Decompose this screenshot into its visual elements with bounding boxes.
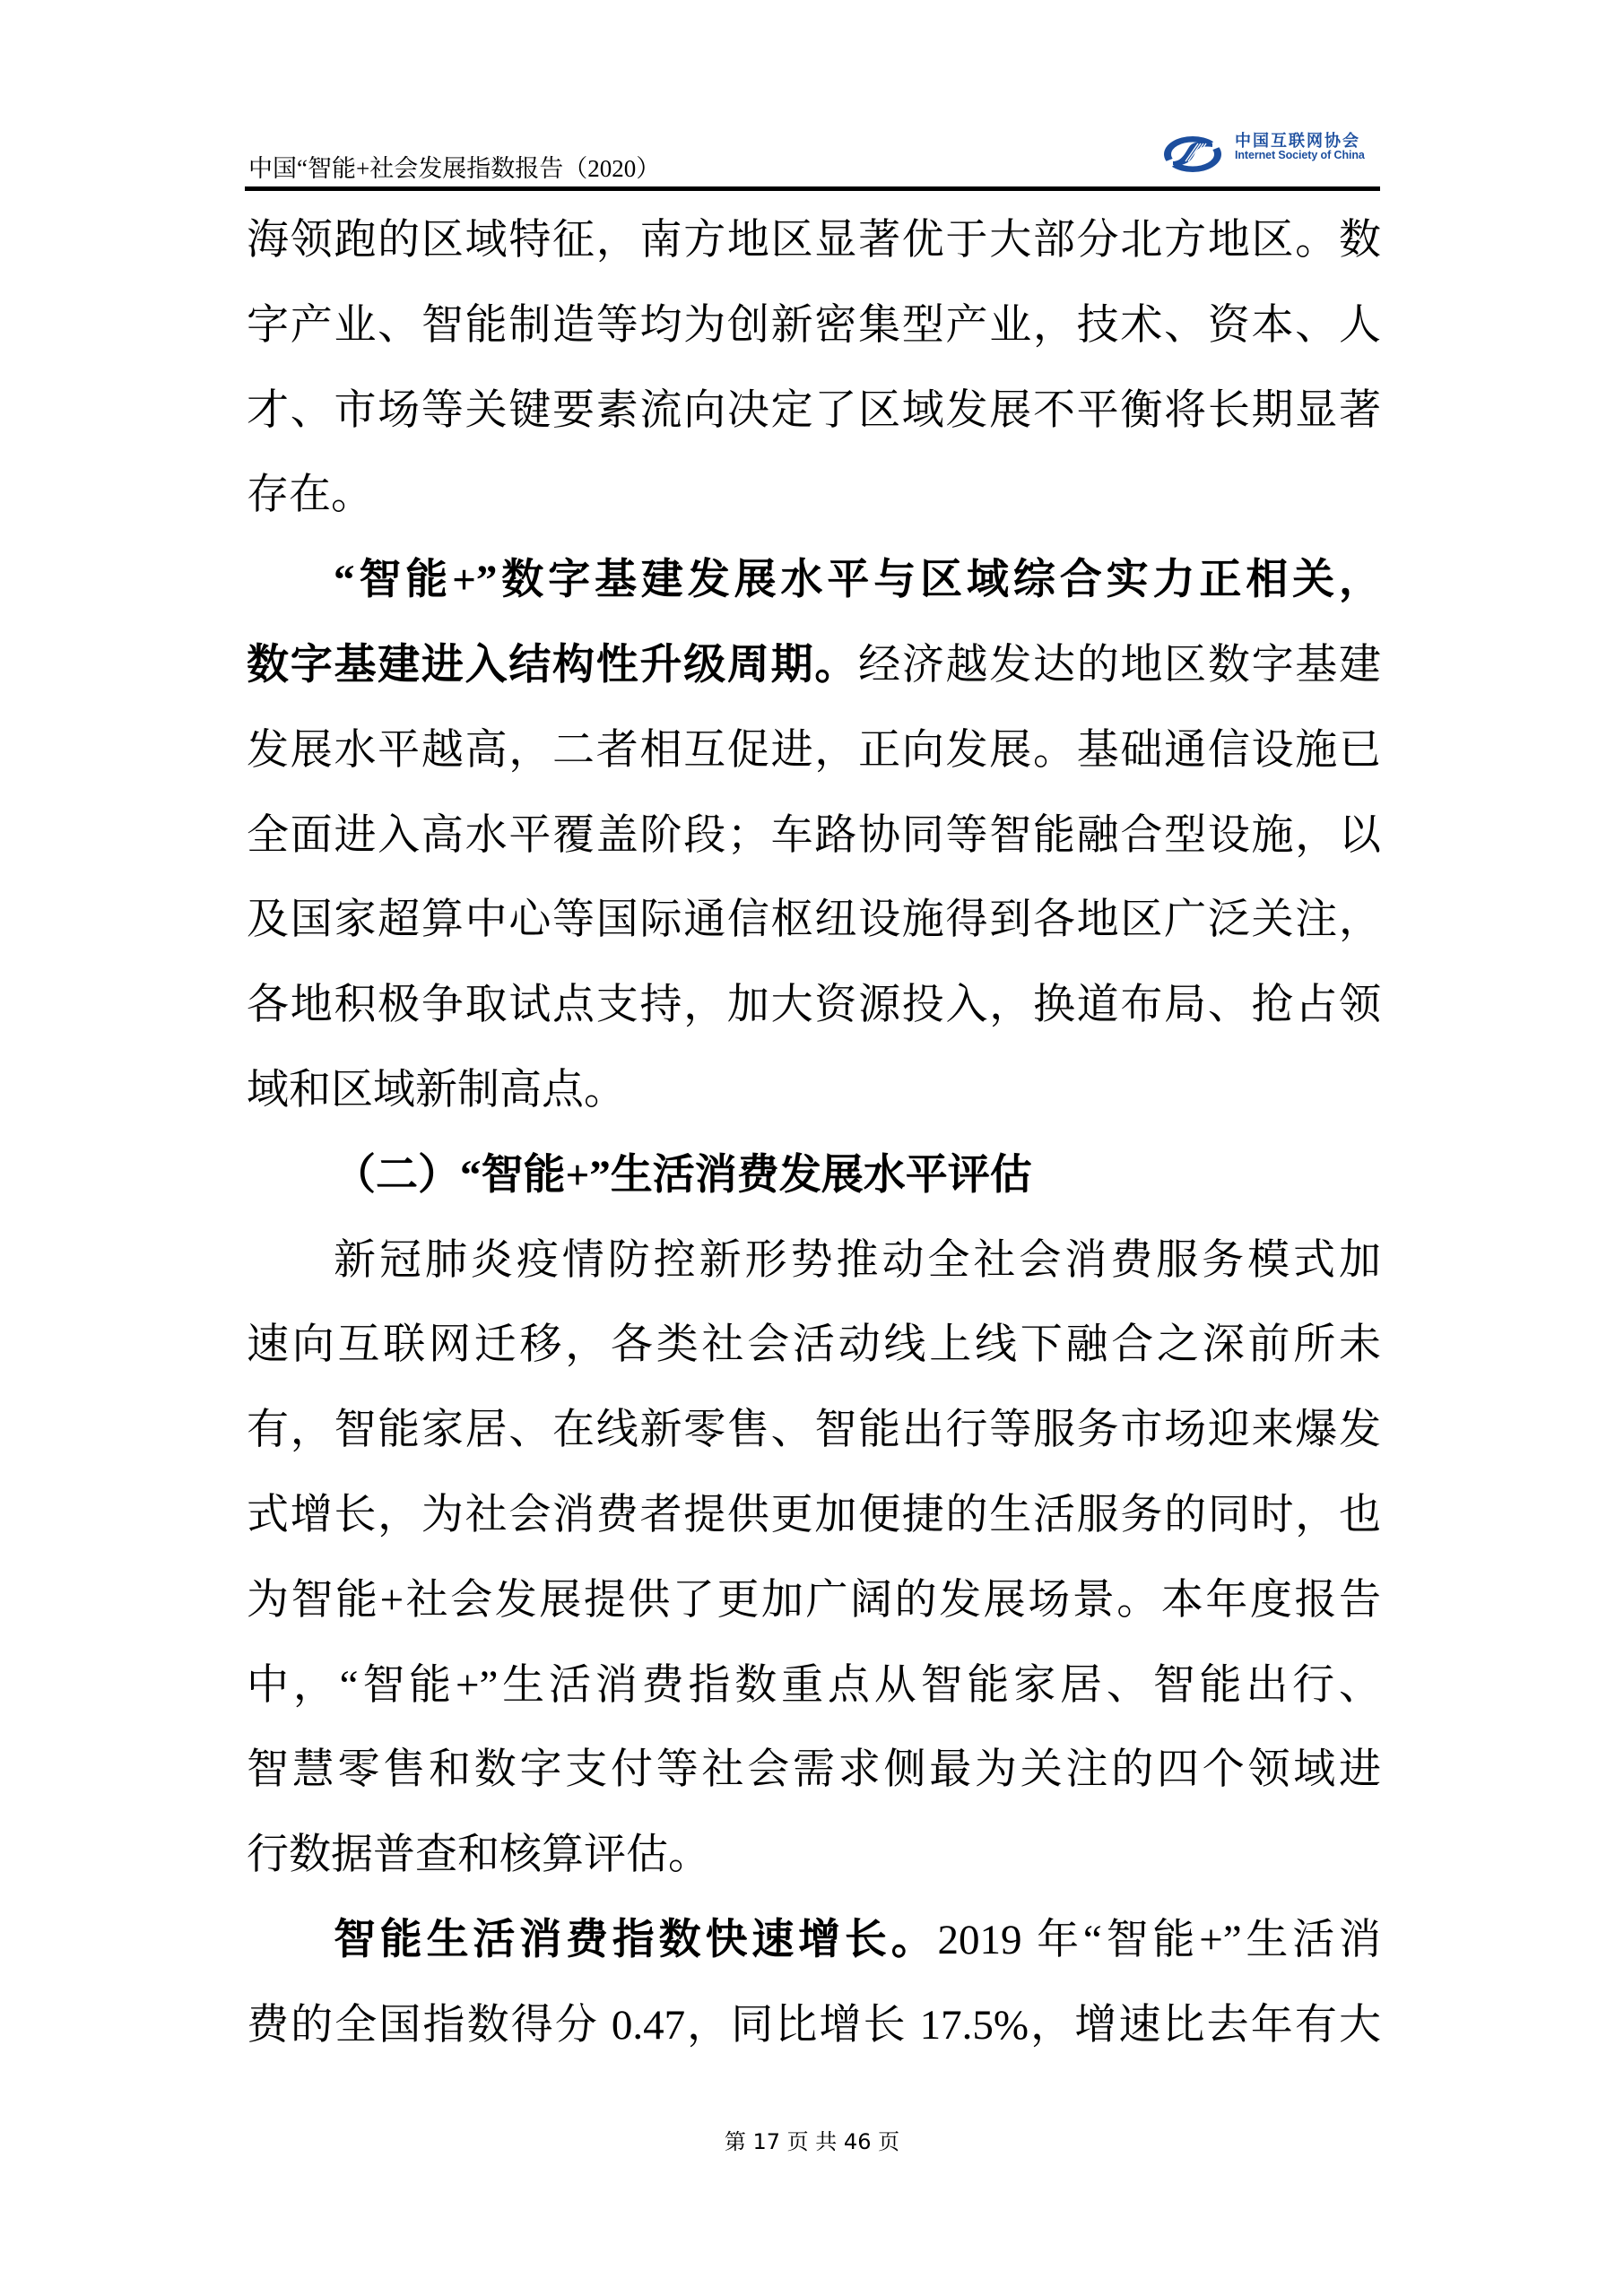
- bold-key-finding: “智能+”数字基建发展水平与区域综合实力正相关，: [334, 557, 1381, 603]
- running-header-title: 中国“智能+社会发展指数报告（2020）: [248, 154, 660, 183]
- organization-logo: 中国互联网协会 Internet Society of China: [1162, 131, 1377, 176]
- bold-key-finding: 智能生活消费指数快速增长。: [334, 1917, 938, 1963]
- body-text: 行数据普查和核算评估。: [247, 1832, 710, 1878]
- section-heading: （二）“智能+”生活消费发展水平评估: [247, 1133, 1381, 1218]
- bold-key-finding: 数字基建进入结构性升级周期。: [247, 642, 858, 689]
- body-line: 存在。: [247, 453, 1381, 538]
- body-line: 有，智能家居、在线新零售、智能出行等服务市场迎来爆发: [247, 1388, 1381, 1473]
- body-text: 海领跑的区域特征，南方地区显著优于大部分北方地区。数: [247, 217, 1381, 264]
- body-line: 才、市场等关键要素流向决定了区域发展不平衡将长期显著: [247, 368, 1381, 454]
- body-line: 中，“智能+”生活消费指数重点从智能家居、智能出行、: [247, 1643, 1381, 1728]
- body-text: 新冠肺炎疫情防控新形势推动全社会消费服务模式加: [334, 1237, 1381, 1284]
- body-line: 速向互联网迁移，各类社会活动线上线下融合之深前所未: [247, 1303, 1381, 1388]
- body-text: 式增长，为社会消费者提供更加便捷的生活服务的同时，也: [247, 1492, 1381, 1538]
- body-line: 全面进入高水平覆盖阶段；车路协同等智能融合型设施，以: [247, 793, 1381, 879]
- body-line: 式增长，为社会消费者提供更加便捷的生活服务的同时，也: [247, 1473, 1381, 1558]
- page-number-footer: 第 17 页 共 46 页: [0, 2128, 1624, 2155]
- body-text: 2019 年“智能+”生活消: [938, 1917, 1381, 1963]
- body-line: 数字基建进入结构性升级周期。经济越发达的地区数字基建: [247, 623, 1381, 708]
- body-line: 各地积极争取试点支持，加大资源投入，换道布局、抢占领: [247, 963, 1381, 1048]
- body-text: 经济越发达的地区数字基建: [858, 642, 1381, 689]
- body-text: 速向互联网迁移，各类社会活动线上线下融合之深前所未: [247, 1321, 1381, 1368]
- body-line: 新冠肺炎疫情防控新形势推动全社会消费服务模式加: [247, 1218, 1381, 1304]
- body-line: 为智能+社会发展提供了更加广阔的发展场景。本年度报告: [247, 1558, 1381, 1643]
- body-text: 及国家超算中心等国际通信枢纽设施得到各地区广泛关注，: [247, 897, 1381, 943]
- logo-name-chinese: 中国互联网协会: [1235, 134, 1360, 150]
- key-finding-line: 智能生活消费指数快速增长。2019 年“智能+”生活消: [247, 1898, 1381, 1983]
- body-line: 字产业、智能制造等均为创新密集型产业，技术、资本、人: [247, 283, 1381, 368]
- document-body: 海领跑的区域特征，南方地区显著优于大部分北方地区。数 字产业、智能制造等均为创新…: [247, 198, 1381, 2068]
- key-finding-line: “智能+”数字基建发展水平与区域综合实力正相关，: [247, 538, 1381, 623]
- body-line: 及国家超算中心等国际通信枢纽设施得到各地区广泛关注，: [247, 878, 1381, 963]
- body-text: 字产业、智能制造等均为创新密集型产业，技术、资本、人: [247, 302, 1381, 349]
- internet-society-of-china-logo-icon: [1162, 134, 1223, 174]
- body-text: 全面进入高水平覆盖阶段；车路协同等智能融合型设施，以: [247, 812, 1381, 859]
- section-heading-text: （二）“智能+”生活消费发展水平评估: [334, 1152, 1032, 1199]
- body-text: 中，“智能+”生活消费指数重点从智能家居、智能出行、: [247, 1662, 1381, 1709]
- body-line: 发展水平越高，二者相互促进，正向发展。基础通信设施已: [247, 708, 1381, 793]
- body-line: 域和区域新制高点。: [247, 1048, 1381, 1133]
- body-line: 智慧零售和数字支付等社会需求侧最为关注的四个领域进: [247, 1728, 1381, 1813]
- body-text: 费的全国指数得分 0.47，同比增长 17.5%，增速比去年有大: [247, 2002, 1381, 2049]
- body-text: 有，智能家居、在线新零售、智能出行等服务市场迎来爆发: [247, 1407, 1381, 1453]
- logo-name-english: Internet Society of China: [1235, 150, 1365, 161]
- body-text: 存在。: [247, 472, 373, 518]
- body-line: 行数据普查和核算评估。: [247, 1813, 1381, 1898]
- body-line: 费的全国指数得分 0.47，同比增长 17.5%，增速比去年有大: [247, 1983, 1381, 2068]
- body-text: 各地积极争取试点支持，加大资源投入，换道布局、抢占领: [247, 982, 1381, 1028]
- body-text: 域和区域新制高点。: [247, 1067, 626, 1113]
- body-text: 为智能+社会发展提供了更加广阔的发展场景。本年度报告: [247, 1577, 1381, 1624]
- body-text: 智慧零售和数字支付等社会需求侧最为关注的四个领域进: [247, 1746, 1381, 1793]
- body-text: 才、市场等关键要素流向决定了区域发展不平衡将长期显著: [247, 387, 1381, 434]
- body-text: 发展水平越高，二者相互促进，正向发展。基础通信设施已: [247, 727, 1381, 774]
- header-divider: [245, 186, 1380, 191]
- body-line: 海领跑的区域特征，南方地区显著优于大部分北方地区。数: [247, 198, 1381, 283]
